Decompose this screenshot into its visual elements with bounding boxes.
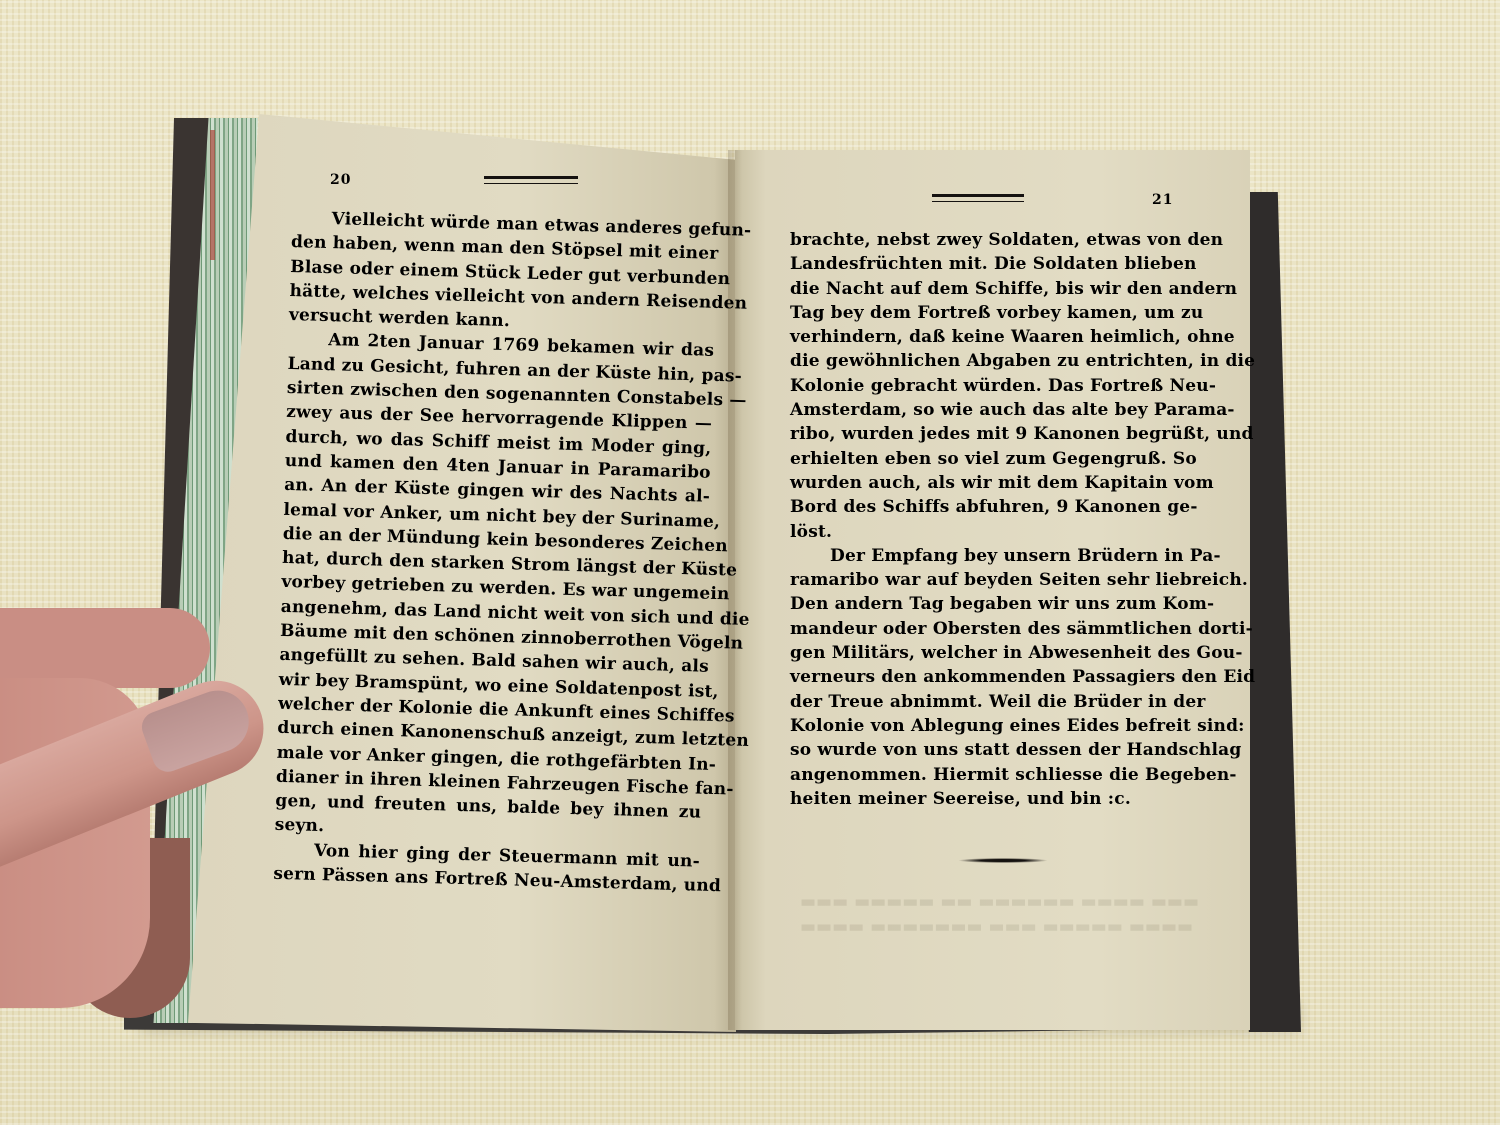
text-line: brachte, nebst zwey Soldaten, etwas von … bbox=[790, 228, 1178, 252]
text-line: die Nacht auf dem Schiffe, bis wir den a… bbox=[790, 277, 1178, 301]
text-line: Kolonie gebracht würden. Das Fortreß Neu… bbox=[790, 374, 1178, 398]
text-line: Landesfrüchten mit. Die Soldaten blieben bbox=[790, 252, 1178, 276]
page-edge-red-mark bbox=[210, 130, 215, 260]
page-number-right: 21 bbox=[1152, 192, 1173, 208]
text-line: verneurs den ankommenden Passagiers den … bbox=[790, 665, 1178, 689]
text-line: Kolonie von Ablegung eines Eides befreit… bbox=[790, 714, 1178, 738]
text-line: gen Militärs, welcher in Abwesenheit des… bbox=[790, 641, 1178, 665]
text-line: mandeur oder Obersten des sämmtlichen do… bbox=[790, 617, 1178, 641]
text-line: wurden auch, als wir mit dem Kapitain vo… bbox=[790, 471, 1178, 495]
text-line: ramaribo war auf beyden Seiten sehr lieb… bbox=[790, 568, 1178, 592]
bleed-through-text: ▬▬▬ ▬▬▬▬▬ ▬▬ ▬▬▬▬▬▬ ▬▬▬▬ ▬▬▬ bbox=[800, 890, 1199, 914]
text-line: angenommen. Hiermit schliesse die Begebe… bbox=[790, 763, 1178, 787]
book-cover-right bbox=[1243, 192, 1301, 1032]
text-line: die gewöhnlichen Abgaben zu entrichten, … bbox=[790, 349, 1178, 373]
book-gutter bbox=[728, 150, 742, 1030]
hand bbox=[0, 608, 250, 1008]
page-number-left: 20 bbox=[330, 172, 351, 188]
text-line: ribo, wurden jedes mit 9 Kanonen begrüßt… bbox=[790, 422, 1178, 446]
text-line: Bord des Schiffs abfuhren, 9 Kanonen ge- bbox=[790, 495, 1178, 519]
header-rule-left-thin bbox=[484, 183, 578, 184]
text-line: Der Empfang bey unsern Brüdern in Pa- bbox=[790, 544, 1178, 568]
text-line: so wurde von uns statt dessen der Handsc… bbox=[790, 738, 1178, 762]
header-rule-left bbox=[484, 176, 578, 179]
text-line: der Treue abnimmt. Weil die Brüder in de… bbox=[790, 690, 1178, 714]
text-line: verhindern, daß keine Waaren heimlich, o… bbox=[790, 325, 1178, 349]
header-rule-right bbox=[932, 194, 1024, 197]
index-finger bbox=[0, 608, 210, 688]
bleed-through-text: ▬▬▬▬ ▬▬▬▬▬▬▬ ▬▬▬ ▬▬▬▬▬ ▬▬▬▬ bbox=[800, 915, 1193, 939]
text-line: heiten meiner Seereise, und bin :c. bbox=[790, 787, 1178, 811]
text-line: löst. bbox=[790, 520, 1178, 544]
end-ornament-rule bbox=[958, 858, 1048, 863]
header-rule-right-thin bbox=[932, 201, 1024, 202]
text-line: Den andern Tag begaben wir uns zum Kom- bbox=[790, 592, 1178, 616]
left-page-body: Vielleicht würde man etwas anderes gefun… bbox=[273, 206, 718, 898]
text-line: Amsterdam, so wie auch das alte bey Para… bbox=[790, 398, 1178, 422]
right-page-body: brachte, nebst zwey Soldaten, etwas von … bbox=[790, 228, 1178, 811]
text-line: erhielten eben so viel zum Gegengruß. So bbox=[790, 447, 1178, 471]
text-line: Tag bey dem Fortreß vorbey kamen, um zu bbox=[790, 301, 1178, 325]
